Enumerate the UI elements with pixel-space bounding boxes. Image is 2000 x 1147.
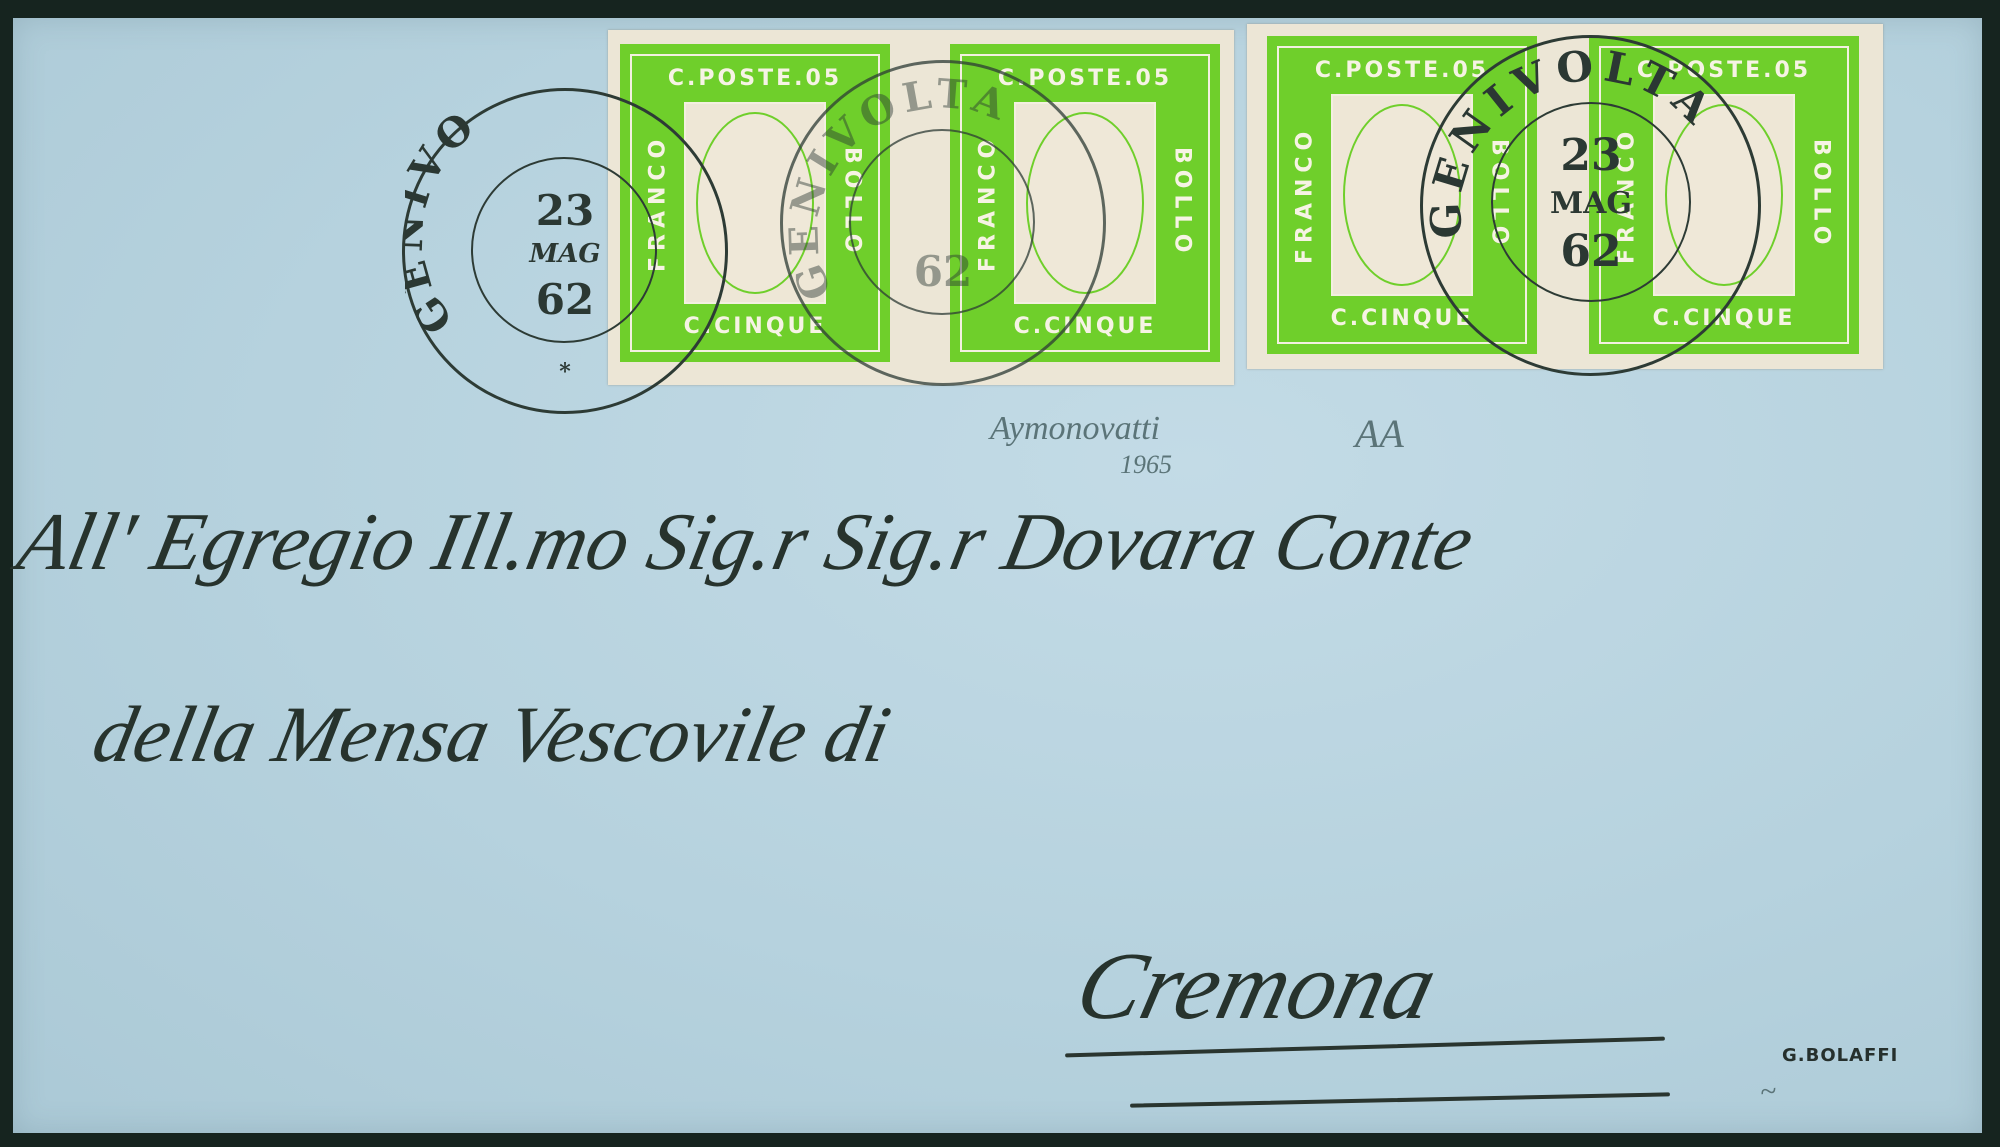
postmark-month: MAG — [505, 239, 625, 269]
expert-signature: ~ — [1758, 1074, 1778, 1110]
svg-text:GENIVO: GENIVO — [405, 99, 487, 342]
stamp-bollo: BOLLO — [1162, 104, 1202, 302]
address-line-1: All' Egregio Ill.mo Sig.r Sig.r Dovara C… — [10, 495, 1482, 589]
postmark-1: GENIVO 23 MAG 62 * — [402, 88, 728, 414]
postmark-3: GENIVOLTA 23 MAG 62 — [1420, 35, 1761, 376]
postmark-day: 23 — [515, 186, 615, 235]
pencil-signature: Aymonovatti — [990, 410, 1160, 448]
postmark-month: MAG — [1531, 186, 1651, 221]
stamp-franco: FRANCO — [1285, 96, 1325, 294]
stamp-bollo: BOLLO — [1801, 96, 1841, 294]
pencil-mark: AA — [1355, 410, 1404, 457]
address-line-3: Cremona — [1066, 930, 1447, 1041]
postmark-year: 62 — [893, 247, 993, 296]
address-line-2: della Mensa Vescovile di — [85, 690, 897, 781]
postmark-year: 62 — [1541, 226, 1641, 277]
postmark-year: 62 — [515, 275, 615, 324]
postmark-day: 23 — [1541, 130, 1641, 181]
postmark-ornament: * — [535, 359, 595, 385]
postmark-2: GENIVOLTA 62 — [780, 60, 1106, 386]
expert-handstamp: G.BOLAFFI — [1782, 1045, 1898, 1066]
pencil-year: 1965 — [1120, 450, 1172, 480]
postmark-town-arc: GENIVOLTA — [783, 63, 1103, 383]
